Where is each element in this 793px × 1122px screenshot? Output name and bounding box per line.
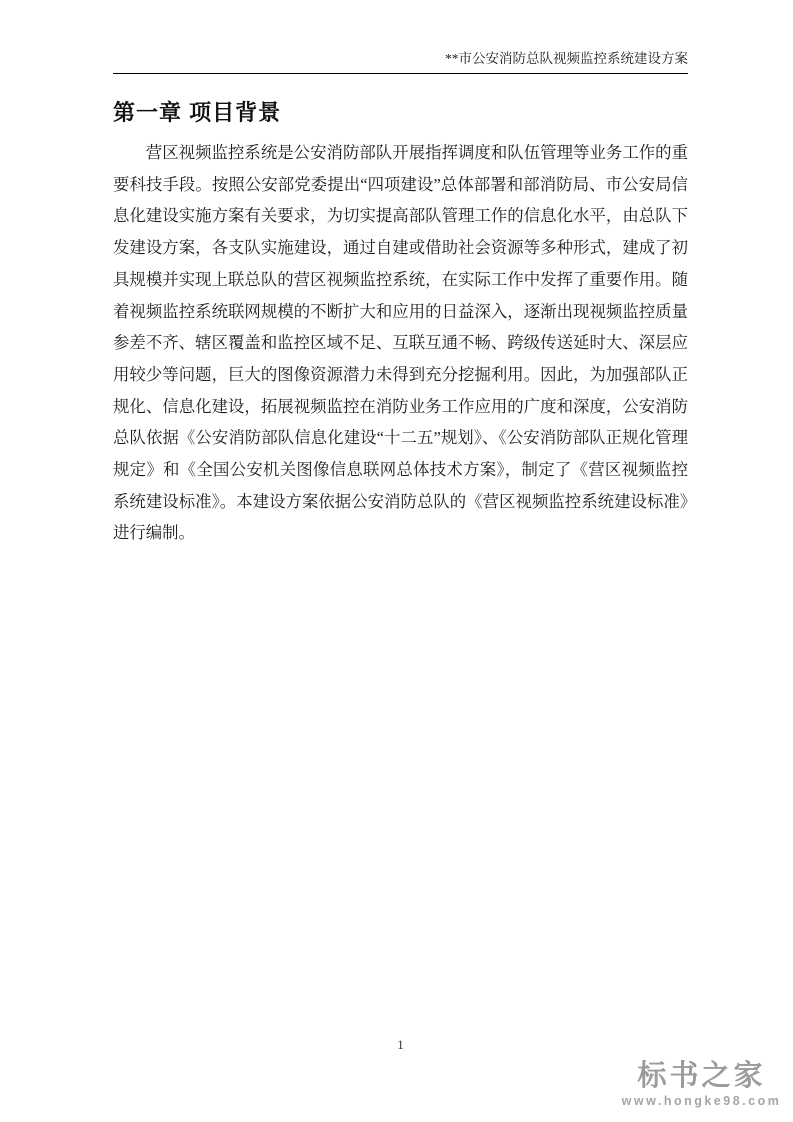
watermark-url-text: www.hongke98.com [614,1093,789,1109]
body-paragraph: 营区视频监控系统是公安消防部队开展指挥调度和队伍管理等业务工作的重要科技手段。按… [113,137,688,549]
document-page: **市公安消防总队视频监控系统建设方案 第一章 项目背景 营区视频监控系统是公安… [0,0,793,1122]
watermark-brand-text: 标书之家 [614,1060,789,1092]
page-number: 1 [113,1037,688,1053]
chapter-heading: 第一章 项目背景 [113,99,281,127]
watermark: 标书之家 www.hongke98.com [614,1060,789,1109]
page-header: **市公安消防总队视频监控系统建设方案 [113,49,688,74]
header-title: **市公安消防总队视频监控系统建设方案 [445,51,688,66]
